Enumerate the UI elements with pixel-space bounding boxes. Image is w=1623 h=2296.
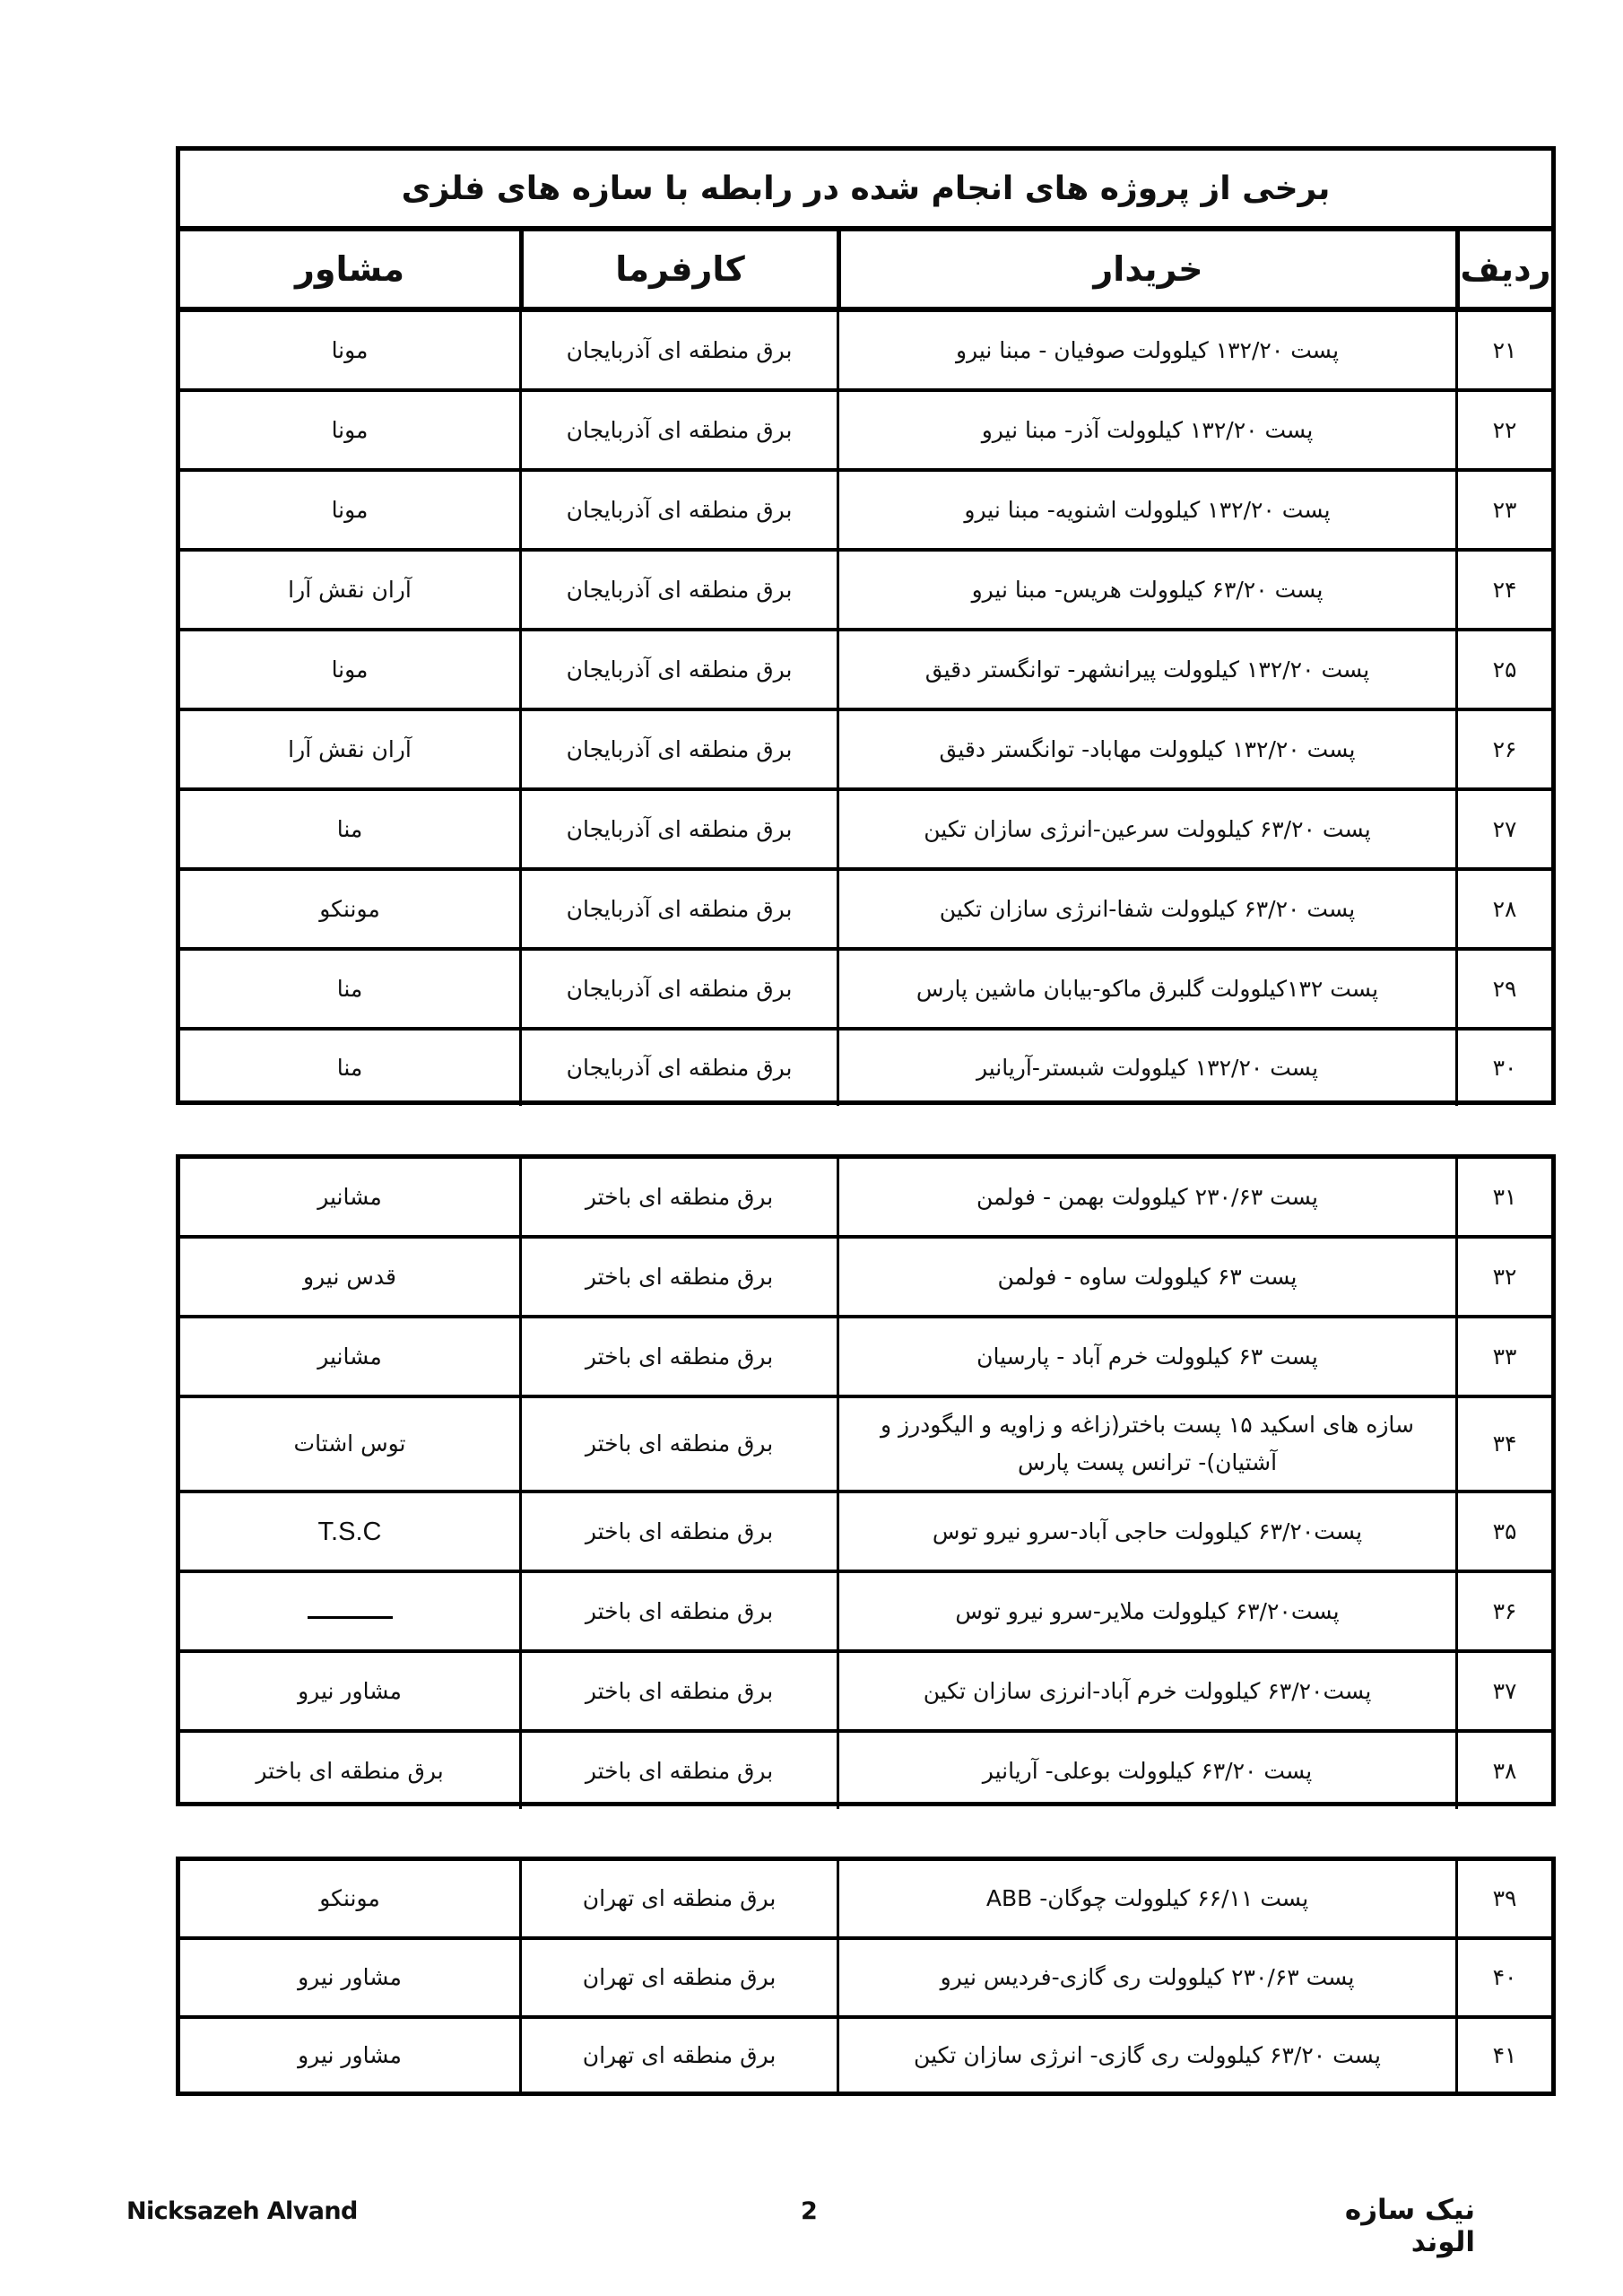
consultant-cell: مشانیر (180, 1159, 519, 1235)
table-row: ۴۰ پست ۲۳۰/۶۳ کیلوولت ری گازی-فردیس نیرو… (180, 1940, 1551, 2019)
row-number: ۴۱ (1455, 2019, 1551, 2092)
consultant-cell: منا (180, 791, 519, 867)
table-row: ۲۵ پست ۱۳۲/۲۰ کیلوولت پیرانشهر- توانگستر… (180, 631, 1551, 711)
buyer-cell: پست ۱۳۲کیلوولت گلبرق ماکو-بیابان ماشین پ… (837, 951, 1455, 1027)
row-number: ۳۵ (1455, 1493, 1551, 1570)
buyer-cell: پست ۱۳۲/۲۰ کیلوولت آذر- مبنا نیرو (837, 392, 1455, 468)
buyer-cell: پست ۶۳/۲۰ کیلوولت هریس- مبنا نیرو (837, 552, 1455, 628)
consultant-cell: آران نقش آرا (180, 711, 519, 787)
row-number: ۲۴ (1455, 552, 1551, 628)
row-number: ۲۱ (1455, 312, 1551, 388)
projects-table-2: ۳۱ پست ۲۳۰/۶۳ کیلوولت بهمن - فولمن برق م… (176, 1154, 1556, 1806)
empty-dash (308, 1616, 393, 1619)
row-number: ۳۴ (1455, 1398, 1551, 1490)
table-row: ۳۸ پست ۶۳/۲۰ کیلوولت بوعلی- آریانیر برق … (180, 1733, 1551, 1809)
buyer-cell: سازه های اسکید ۱۵ پست باختر(زاغه و زاویه… (837, 1398, 1455, 1490)
employer-cell: برق منطقه ای آذربایجان (519, 392, 837, 468)
table-title: برخی از پروژه های انجام شده در رابطه با … (180, 151, 1551, 231)
row-number: ۲۳ (1455, 472, 1551, 548)
table-row: ۲۱ پست ۱۳۲/۲۰ کیلوولت صوفیان - مبنا نیرو… (180, 312, 1551, 392)
buyer-cell: پست ۱۳۲/۲۰ کیلوولت صوفیان - مبنا نیرو (837, 312, 1455, 388)
buyer-cell: پست۶۳/۲۰ کیلوولت ملایر-سرو نیرو توس (837, 1573, 1455, 1649)
table-row: ۳۵ پست۶۳/۲۰ کیلوولت حاجی آباد-سرو نیرو ت… (180, 1493, 1551, 1573)
row-number: ۲۶ (1455, 711, 1551, 787)
employer-cell: برق منطقه ای باختر (519, 1318, 837, 1395)
row-number: ۳۳ (1455, 1318, 1551, 1395)
row-number: ۲۸ (1455, 871, 1551, 947)
buyer-cell: پست ۱۳۲/۲۰ کیلوولت مهاباد- توانگستر دقیق (837, 711, 1455, 787)
row-number: ۳۷ (1455, 1653, 1551, 1729)
employer-cell: برق منطقه ای آذربایجان (519, 951, 837, 1027)
consultant-cell: مشاور نیرو (180, 2019, 519, 2092)
consultant-cell: موننکو (180, 1861, 519, 1936)
header-buyer: خریدار (837, 231, 1455, 307)
employer-cell: برق منطقه ای آذربایجان (519, 871, 837, 947)
footer-company-en: Nicksazeh Alvand (126, 2197, 358, 2225)
consultant-cell: مشاور نیرو (180, 1940, 519, 2015)
employer-cell: برق منطقه ای آذربایجان (519, 472, 837, 548)
employer-cell: برق منطقه ای باختر (519, 1159, 837, 1235)
employer-cell: برق منطقه ای آذربایجان (519, 552, 837, 628)
table-row: ۳۴ سازه های اسکید ۱۵ پست باختر(زاغه و زا… (180, 1398, 1551, 1493)
table-row: ۲۷ پست ۶۳/۲۰ کیلوولت سرعین-انرژی سازان ت… (180, 791, 1551, 871)
table-row: ۲۶ پست ۱۳۲/۲۰ کیلوولت مهاباد- توانگستر د… (180, 711, 1551, 791)
consultant-cell: برق منطقه ای باختر (180, 1733, 519, 1809)
consultant-cell: مونا (180, 472, 519, 548)
buyer-cell: پست ۱۳۲/۲۰ کیلوولت اشنویه- مبنا نیرو (837, 472, 1455, 548)
table-row: ۳۱ پست ۲۳۰/۶۳ کیلوولت بهمن - فولمن برق م… (180, 1159, 1551, 1239)
buyer-cell: پست ۶۳/۲۰ کیلوولت سرعین-انرژی سازان تکین (837, 791, 1455, 867)
consultant-cell: مشانیر (180, 1318, 519, 1395)
consultant-cell-empty (180, 1573, 519, 1649)
table-row: ۳۰ پست ۱۳۲/۲۰ کیلوولت شبستر-آریانیر برق … (180, 1031, 1551, 1106)
employer-cell: برق منطقه ای باختر (519, 1493, 837, 1570)
header-row-no: ردیف (1455, 231, 1551, 307)
table-header-row: ردیف خریدار کارفرما مشاور (180, 231, 1551, 312)
row-number: ۲۲ (1455, 392, 1551, 468)
buyer-cell: پست ۲۳۰/۶۳ کیلوولت بهمن - فولمن (837, 1159, 1455, 1235)
row-number: ۳۶ (1455, 1573, 1551, 1649)
table-row: ۳۳ پست ۶۳ کیلوولت خرم آباد - پارسیان برق… (180, 1318, 1551, 1398)
employer-cell: برق منطقه ای آذربایجان (519, 791, 837, 867)
buyer-cell: پست ۲۳۰/۶۳ کیلوولت ری گازی-فردیس نیرو (837, 1940, 1455, 2015)
consultant-cell: موننکو (180, 871, 519, 947)
table-row: ۲۳ پست ۱۳۲/۲۰ کیلوولت اشنویه- مبنا نیرو … (180, 472, 1551, 552)
table-row: ۲۹ پست ۱۳۲کیلوولت گلبرق ماکو-بیابان ماشی… (180, 951, 1551, 1031)
consultant-cell: توس اشتات (180, 1398, 519, 1490)
table-row: ۲۴ پست ۶۳/۲۰ کیلوولت هریس- مبنا نیرو برق… (180, 552, 1551, 631)
row-number: ۳۹ (1455, 1861, 1551, 1936)
buyer-cell: پست ۱۳۲/۲۰ کیلوولت شبستر-آریانیر (837, 1031, 1455, 1106)
row-number: ۴۰ (1455, 1940, 1551, 2015)
row-number: ۲۷ (1455, 791, 1551, 867)
row-number: ۳۸ (1455, 1733, 1551, 1809)
table-row: ۳۲ پست ۶۳ کیلوولت ساوه - فولمن برق منطقه… (180, 1239, 1551, 1318)
employer-cell: برق منطقه ای باختر (519, 1398, 837, 1490)
employer-cell: برق منطقه ای تهران (519, 1940, 837, 2015)
employer-cell: برق منطقه ای باختر (519, 1573, 837, 1649)
table-row: ۲۲ پست ۱۳۲/۲۰ کیلوولت آذر- مبنا نیرو برق… (180, 392, 1551, 472)
projects-table-1: برخی از پروژه های انجام شده در رابطه با … (176, 146, 1556, 1105)
employer-cell: برق منطقه ای باختر (519, 1239, 837, 1315)
employer-cell: برق منطقه ای آذربایجان (519, 711, 837, 787)
buyer-cell: پست ۱۳۲/۲۰ کیلوولت پیرانشهر- توانگستر دق… (837, 631, 1455, 708)
employer-cell: برق منطقه ای باختر (519, 1733, 837, 1809)
consultant-cell: منا (180, 951, 519, 1027)
consultant-cell: مونا (180, 631, 519, 708)
employer-cell: برق منطقه ای تهران (519, 1861, 837, 1936)
buyer-cell: پست۶۳/۲۰ کیلوولت خرم آباد-انرزی سازان تک… (837, 1653, 1455, 1729)
table-row: ۳۷ پست۶۳/۲۰ کیلوولت خرم آباد-انرزی سازان… (180, 1653, 1551, 1733)
consultant-cell: مشاور نیرو (180, 1653, 519, 1729)
employer-cell: برق منطقه ای آذربایجان (519, 312, 837, 388)
header-employer: کارفرما (519, 231, 837, 307)
employer-cell: برق منطقه ای تهران (519, 2019, 837, 2092)
table-row: ۲۸ پست ۶۳/۲۰ کیلوولت شفا-انرژی سازان تکی… (180, 871, 1551, 951)
buyer-cell: پست ۶۳ کیلوولت خرم آباد - پارسیان (837, 1318, 1455, 1395)
row-number: ۳۲ (1455, 1239, 1551, 1315)
buyer-cell: پست ۶۶/۱۱ کیلوولت چوگان- ABB (837, 1861, 1455, 1936)
consultant-cell: T.S.C (180, 1493, 519, 1570)
header-consultant: مشاور (180, 231, 519, 307)
table-row: ۴۱ پست ۶۳/۲۰ کیلوولت ری گازی- انرژی سازا… (180, 2019, 1551, 2092)
buyer-cell: پست ۶۳/۲۰ کیلوولت بوعلی- آریانیر (837, 1733, 1455, 1809)
page-number: 2 (801, 2197, 818, 2225)
page-footer: Nicksazeh Alvand 2 نیک سازه الوند (0, 2197, 1623, 2233)
consultant-cell: قدس نیرو (180, 1239, 519, 1315)
projects-table-3: ۳۹ پست ۶۶/۱۱ کیلوولت چوگان- ABB برق منطق… (176, 1857, 1556, 2096)
consultant-cell: آران نقش آرا (180, 552, 519, 628)
row-number: ۲۹ (1455, 951, 1551, 1027)
buyer-cell: پست ۶۳ کیلوولت ساوه - فولمن (837, 1239, 1455, 1315)
row-number: ۳۰ (1455, 1031, 1551, 1106)
buyer-cell: پست۶۳/۲۰ کیلوولت حاجی آباد-سرو نیرو توس (837, 1493, 1455, 1570)
employer-cell: برق منطقه ای باختر (519, 1653, 837, 1729)
buyer-cell: پست ۶۳/۲۰ کیلوولت ری گازی- انرژی سازان ت… (837, 2019, 1455, 2092)
consultant-cell: منا (180, 1031, 519, 1106)
consultant-cell: مونا (180, 392, 519, 468)
consultant-cell: مونا (180, 312, 519, 388)
row-number: ۳۱ (1455, 1159, 1551, 1235)
employer-cell: برق منطقه ای آذربایجان (519, 631, 837, 708)
buyer-cell: پست ۶۳/۲۰ کیلوولت شفا-انرژی سازان تکین (837, 871, 1455, 947)
employer-cell: برق منطقه ای آذربایجان (519, 1031, 837, 1106)
footer-company-fa: نیک سازه الوند (1318, 2194, 1475, 2258)
table-row: ۳۶ پست۶۳/۲۰ کیلوولت ملایر-سرو نیرو توس ب… (180, 1573, 1551, 1653)
row-number: ۲۵ (1455, 631, 1551, 708)
table-row: ۳۹ پست ۶۶/۱۱ کیلوولت چوگان- ABB برق منطق… (180, 1861, 1551, 1940)
